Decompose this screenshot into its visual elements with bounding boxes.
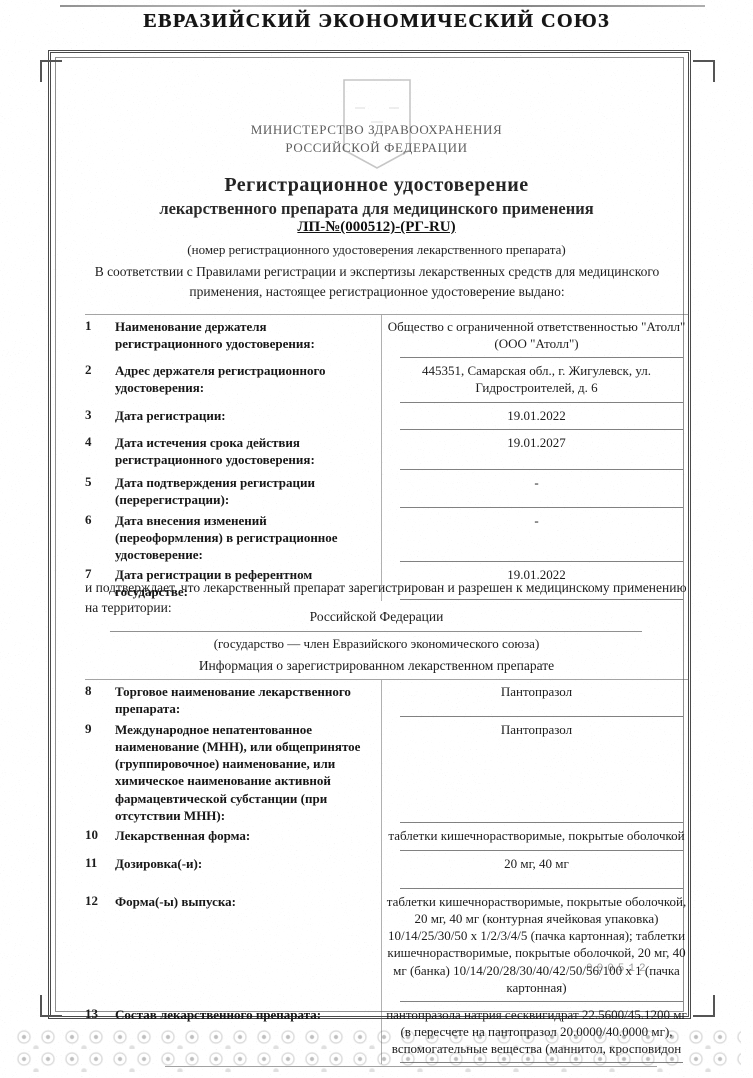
info-section-title: Информация о зарегистрированном лекарств… [0,658,753,674]
frame-corner-bottom-right [693,995,715,1017]
table-row: 1 Наименование держателя регистрационног… [85,315,689,359]
row-value: таблетки кишечнорастворимые, покрытые об… [381,824,689,852]
row-number: 8 [85,680,115,718]
frame-corner-top-right [693,60,715,82]
row-label: Состав лекарственного препарата: [115,1003,381,1064]
table-row: 6 Дата внесения изменений (переоформлени… [85,509,689,563]
row-label: Дата регистрации: [115,404,381,431]
territory-caption: (государство — член Евразийского экономи… [0,636,753,652]
row-label: Наименование держателя регистрационного … [115,315,381,359]
table-row: 9 Международное непатентованное наименов… [85,718,689,824]
intro-paragraph: В соответствии с Правилами регистрации и… [70,262,684,303]
table-row: 3 Дата регистрации: 19.01.2022 [85,404,689,431]
row-value: 20 мг, 40 мг [381,852,689,890]
row-number: 9 [85,718,115,824]
certificate-page: ЕВРАЗИЙСКИЙ ЭКОНОМИЧЕСКИЙ СОЮЗ МИНИСТЕРС… [0,0,753,1078]
row-number: 11 [85,852,115,890]
table-row: 11 Дозировка(-и): 20 мг, 40 мг [85,852,689,890]
table-row: 12 Форма(-ы) выпуска: таблетки кишечнора… [85,890,689,1003]
row-number: 1 [85,315,115,359]
registration-number: ЛП-№(000512)-(РГ-RU) [0,219,753,236]
row-value: Общество с ограниченной ответственностью… [381,315,689,359]
union-header: ЕВРАЗИЙСКИЙ ЭКОНОМИЧЕСКИЙ СОЮЗ [0,10,753,33]
row-value: таблетки кишечнорастворимые, покрытые об… [381,890,689,1003]
row-label: Дозировка(-и): [115,852,381,890]
row-label: Международное непатентованное наименован… [115,718,381,824]
ministry-name: МИНИСТЕРСТВО ЗДРАВООХРАНЕНИЯ РОССИЙСКОЙ … [0,121,753,157]
ministry-line-2: РОССИЙСКОЙ ФЕДЕРАЦИИ [0,139,753,157]
ministry-line-1: МИНИСТЕРСТВО ЗДРАВООХРАНЕНИЯ [0,121,753,139]
table-row: 2 Адрес держателя регистрационного удост… [85,359,689,403]
table-row: 10 Лекарственная форма: таблетки кишечно… [85,824,689,852]
bottom-rule-line [165,1066,657,1067]
row-number: 13 [85,1003,115,1064]
table-row: 13 Состав лекарственного препарата: пант… [85,1003,689,1064]
row-label: Дата внесения изменений (переоформления)… [115,509,381,563]
row-value: Пантопразол [381,680,689,718]
row-value: пантопразола натрия сесквигидрат 22.5600… [381,1003,689,1064]
row-value: - [381,509,689,563]
row-number: 3 [85,404,115,431]
registration-number-caption: (номер регистрационного удостоверения ле… [0,242,753,258]
product-info-table: 8 Торговое наименование лекарственного п… [85,679,689,1064]
row-value: - [381,471,689,509]
table-row: 4 Дата истечения срока действия регистра… [85,431,689,471]
row-number: 10 [85,824,115,852]
territory-underline [110,631,642,632]
row-number: 4 [85,431,115,471]
row-value: 445351, Самарская обл., г. Жигулевск, ул… [381,359,689,403]
document-title-line-2: лекарственного препарата для медицинског… [0,199,753,219]
document-title-line-1: Регистрационное удостоверение [0,174,753,197]
top-rule-line [60,5,705,7]
table-row: 8 Торговое наименование лекарственного п… [85,680,689,718]
row-label: Форма(-ы) выпуска: [115,890,381,1003]
row-number: 12 [85,890,115,1003]
row-label: Дата истечения срока действия регистраци… [115,431,381,471]
row-number: 2 [85,359,115,403]
row-value: Пантопразол [381,718,689,824]
holder-info-table: 1 Наименование держателя регистрационног… [85,314,689,601]
row-number: 5 [85,471,115,509]
confirmation-paragraph: и подтверждает, что лекарственный препар… [85,578,693,617]
row-label: Адрес держателя регистрационного удостов… [115,359,381,403]
row-label: Торговое наименование лекарственного пре… [115,680,381,718]
row-label: Лекарственная форма: [115,824,381,852]
row-value: 19.01.2027 [381,431,689,471]
frame-corner-bottom-left [40,995,62,1017]
row-number: 6 [85,509,115,563]
row-value: 19.01.2022 [381,404,689,431]
table-row: 5 Дата подтверждения регистрации (перере… [85,471,689,509]
row-label: Дата подтверждения регистрации (перереги… [115,471,381,509]
frame-corner-top-left [40,60,62,82]
